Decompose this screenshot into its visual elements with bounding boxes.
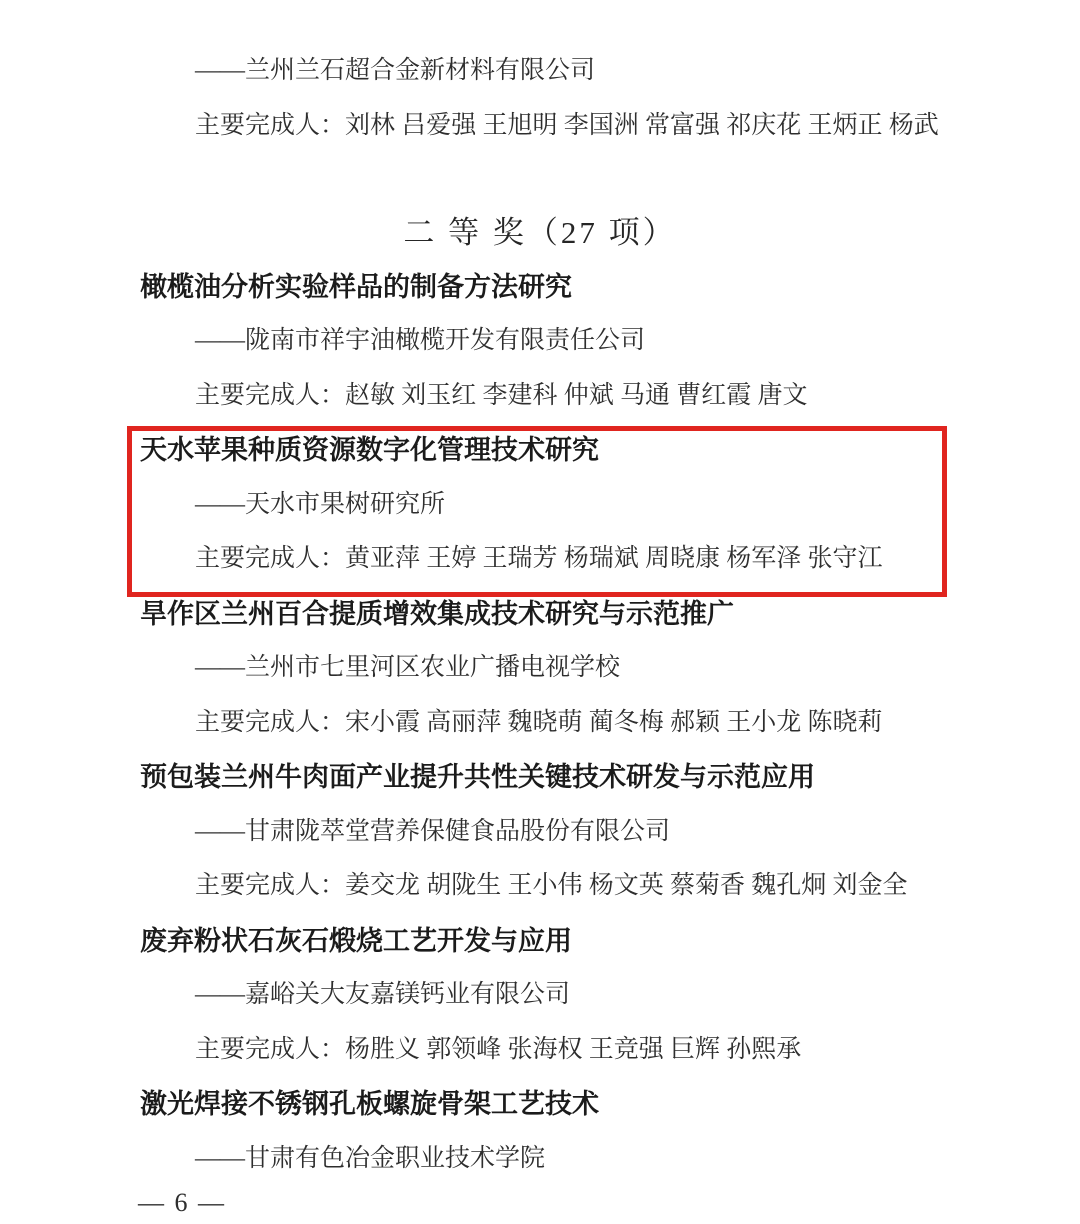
award-entry: 废弃粉状石灰石煅烧工艺开发与应用 ——嘉峪关大友嘉镁钙业有限公司 主要完成人：杨…: [0, 923, 1080, 1087]
entry-organization: ——陇南市祥宇油橄榄开发有限责任公司: [0, 323, 1080, 378]
entry-organization: ——兰州市七里河区农业广播电视学校: [0, 650, 1080, 705]
page-number: — 6 —: [138, 1185, 226, 1221]
entry-title: 橄榄油分析实验样品的制备方法研究: [0, 269, 1080, 324]
entry-title: 天水苹果种质资源数字化管理技术研究: [0, 432, 1080, 487]
entries-list: 橄榄油分析实验样品的制备方法研究 ——陇南市祥宇油橄榄开发有限责任公司 主要完成…: [0, 269, 1080, 1196]
award-entry: 旱作区兰州百合提质增效集成技术研究与示范推广 ——兰州市七里河区农业广播电视学校…: [0, 596, 1080, 760]
entry-title: 预包装兰州牛肉面产业提升共性关键技术研发与示范应用: [0, 759, 1080, 814]
section-title: 二 等 奖（27 项）: [0, 212, 1080, 269]
award-entry: 预包装兰州牛肉面产业提升共性关键技术研发与示范应用 ——甘肃陇萃堂营养保健食品股…: [0, 759, 1080, 923]
entry-organization: ——嘉峪关大友嘉镁钙业有限公司: [0, 977, 1080, 1032]
entry-people: 主要完成人：黄亚萍 王婷 王瑞芳 杨瑞斌 周晓康 杨军泽 张守江: [0, 541, 1080, 596]
document-page: ——兰州兰石超合金新材料有限公司 主要完成人：刘林 吕爱强 王旭明 李国洲 常富…: [0, 0, 1080, 1224]
entry-people: 主要完成人：杨胜义 郭领峰 张海权 王竞强 巨辉 孙熙承: [0, 1032, 1080, 1087]
carryover-people-line: 主要完成人：刘林 吕爱强 王旭明 李国洲 常富强 祁庆花 王炳正 杨武: [0, 108, 1080, 163]
entry-people: 主要完成人：赵敏 刘玉红 李建科 仲斌 马通 曹红霞 唐文: [0, 378, 1080, 433]
award-entry: 橄榄油分析实验样品的制备方法研究 ——陇南市祥宇油橄榄开发有限责任公司 主要完成…: [0, 269, 1080, 433]
entry-organization: ——甘肃陇萃堂营养保健食品股份有限公司: [0, 814, 1080, 869]
entry-organization: ——天水市果树研究所: [0, 487, 1080, 542]
entry-title: 激光焊接不锈钢孔板螺旋骨架工艺技术: [0, 1086, 1080, 1141]
award-entry: 激光焊接不锈钢孔板螺旋骨架工艺技术 ——甘肃有色冶金职业技术学院: [0, 1086, 1080, 1195]
carryover-org-line: ——兰州兰石超合金新材料有限公司: [0, 53, 1080, 108]
entry-people: 主要完成人：宋小霞 高丽萍 魏晓萌 蔺冬梅 郝颖 王小龙 陈晓莉: [0, 705, 1080, 760]
award-entry: 天水苹果种质资源数字化管理技术研究 ——天水市果树研究所 主要完成人：黄亚萍 王…: [0, 432, 1080, 596]
entry-title: 废弃粉状石灰石煅烧工艺开发与应用: [0, 923, 1080, 978]
entry-title: 旱作区兰州百合提质增效集成技术研究与示范推广: [0, 596, 1080, 651]
entry-people: 主要完成人：姜交龙 胡陇生 王小伟 杨文英 蔡菊香 魏孔炯 刘金全: [0, 868, 1080, 923]
